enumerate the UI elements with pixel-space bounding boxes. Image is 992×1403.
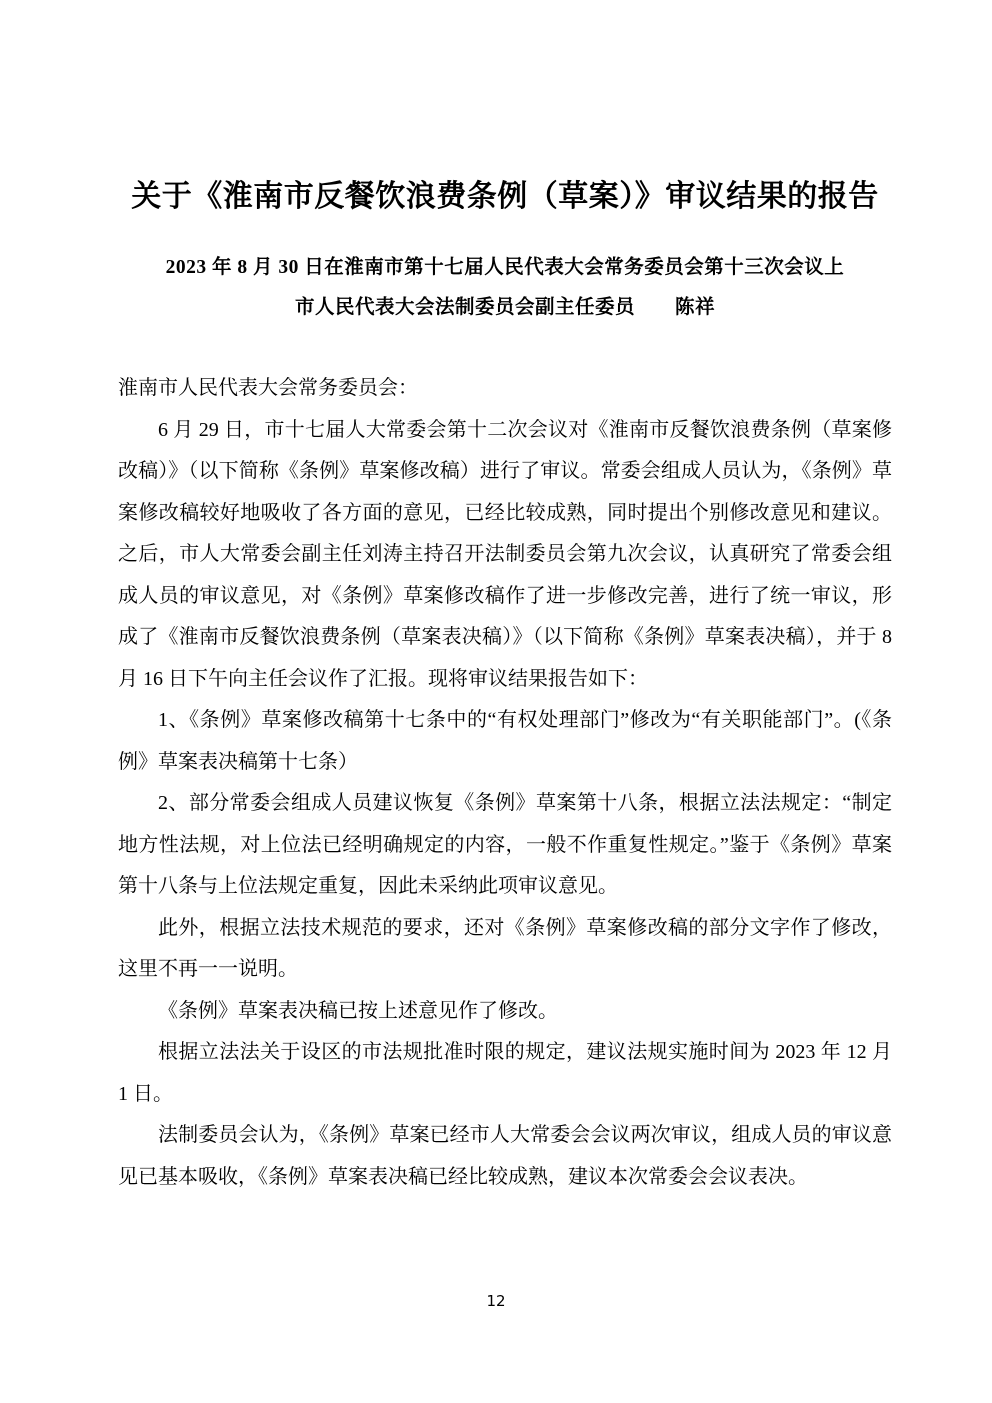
document-title: 关于《淮南市反餐饮浪费条例（草案）》审议结果的报告 xyxy=(118,0,892,216)
document-content: 关于《淮南市反餐饮浪费条例（草案）》审议结果的报告 2023 年 8 月 30 … xyxy=(118,0,892,1198)
speaker-line: 市人民代表大会法制委员会副主任委员 陈祥 xyxy=(118,288,892,328)
paragraph-3: 2、部分常委会组成人员建议恢复《条例》草案第十八条，根据立法法规定：“制定地方性… xyxy=(118,783,892,908)
paragraph-6: 根据立法法关于设区的市法规批准时限的规定，建议法规实施时间为 2023 年 12… xyxy=(118,1032,892,1115)
salutation: 淮南市人民代表大会常务委员会： xyxy=(118,368,892,410)
paragraph-4: 此外，根据立法技术规范的要求，还对《条例》草案修改稿的部分文字作了修改，这里不再… xyxy=(118,908,892,991)
paragraph-5: 《条例》草案表决稿已按上述意见作了修改。 xyxy=(118,991,892,1033)
document-page: 关于《淮南市反餐饮浪费条例（草案）》审议结果的报告 2023 年 8 月 30 … xyxy=(0,0,992,1403)
paragraph-7: 法制委员会认为，《条例》草案已经市人大常委会会议两次审议，组成人员的审议意见已基… xyxy=(118,1115,892,1198)
meeting-line: 2023 年 8 月 30 日在淮南市第十七届人民代表大会常务委员会第十三次会议… xyxy=(118,248,892,288)
paragraph-2: 1、《条例》草案修改稿第十七条中的“有权处理部门”修改为“有关职能部门”。(《条… xyxy=(118,700,892,783)
paragraph-1: 6 月 29 日，市十七届人大常委会第十二次会议对《淮南市反餐饮浪费条例（草案修… xyxy=(118,410,892,701)
page-number: 12 xyxy=(0,1292,992,1310)
document-body: 淮南市人民代表大会常务委员会： 6 月 29 日，市十七届人大常委会第十二次会议… xyxy=(118,368,892,1198)
